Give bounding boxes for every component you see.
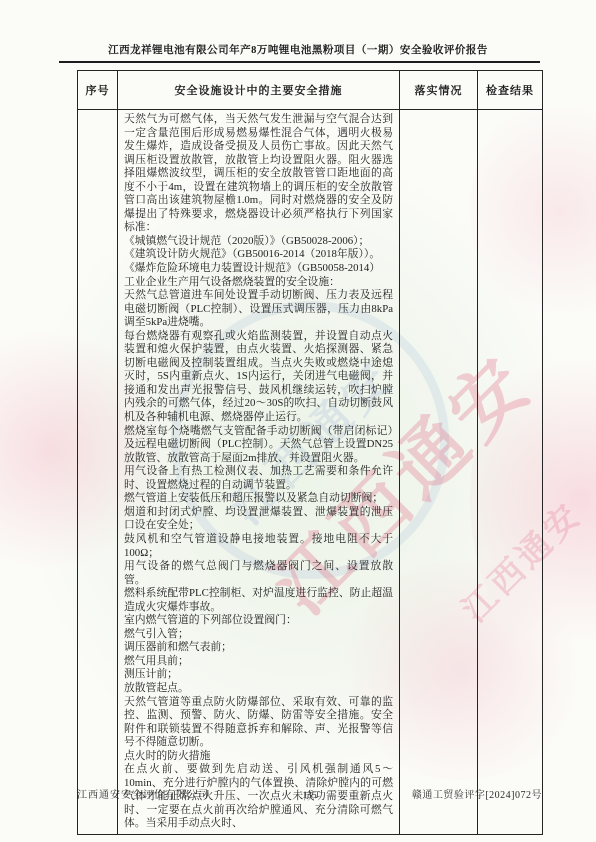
- column-header-seq: 序号: [78, 71, 118, 110]
- column-header-result: 检查结果: [478, 71, 543, 110]
- document-page: 江西通安 江西通安 江西通安 江西龙祥锂电池有限公司年产8万吨锂电池黑粉项目（一…: [0, 0, 596, 842]
- measure-paragraph: 燃气用具前；: [124, 655, 393, 669]
- measure-paragraph: 鼓风机和空气管道设静电接地装置。接地电阻不大于100Ω；: [124, 533, 393, 560]
- measure-paragraph: 烟道和封闭式炉膛、均设置泄爆装置、泄爆装置的泄压口设在安全处；: [124, 506, 393, 533]
- measure-paragraph: 每台燃烧器有观察孔或火焰监测装置，并设置自动点火装置和熄火保护装置，由点火装置、…: [124, 330, 393, 425]
- measure-paragraph: 用气设备的燃气总阀门与燃烧器阀门之间、设置放散管。: [124, 560, 393, 587]
- measure-paragraph: 用气设备上有热工检测仪表、加热工艺需要和条件允许时、设置燃烧过程的自动调节装置。: [124, 465, 393, 492]
- measure-paragraph: 《爆炸危险环境电力装置设计规范》（GB50058-2014）: [124, 262, 393, 276]
- status-cell: [400, 110, 478, 835]
- safety-measures-table: 序号 安全设施设计中的主要安全措施 落实情况 检查结果 天然气为可燃气体，当天然…: [77, 70, 543, 835]
- measure-paragraph: 调压器前和燃气表前；: [124, 641, 393, 655]
- measure-paragraph: 天然气总管道进车间处设置手动切断阀、压力表及远程电磁切断阀（PLC控制）、设置压…: [124, 289, 393, 330]
- measure-paragraph: 《建筑设计防火规范》（GB50016-2014（2018年版））。: [124, 248, 393, 262]
- measure-paragraph: 燃料系统配带PLC控制柜、对炉温度进行监控、防止超温造成火灾爆炸事故。: [124, 587, 393, 614]
- measure-paragraph: 燃气引入管；: [124, 628, 393, 642]
- measure-paragraph: 天然气管道等重点防火防爆部位、采取有效、可靠的监控、监测、预警、防火、防爆、防雷…: [124, 696, 393, 750]
- measure-paragraph: 室内燃气管道的下列部位设置阀门：: [124, 614, 393, 628]
- measure-paragraph: 燃烧室每个烧嘴燃气支管配备手动切断阀（带启闭标记）及远程电磁切断阀（PLC控制）…: [124, 425, 393, 466]
- footer-page-number: 135: [280, 791, 340, 801]
- measures-cell: 天然气为可燃气体，当天然气发生泄漏与空气混合达到一定含量范围后形成易燃易爆性混合…: [118, 110, 400, 835]
- measure-paragraph: 点火时的防火措施: [124, 750, 393, 764]
- measure-paragraph: 工业企业生产用气设备燃烧装置的安全设施：: [124, 276, 393, 290]
- measure-paragraph: 《城镇燃气设计规范（2020版）》（GB50028-2006）；: [124, 235, 393, 249]
- header-rule: [59, 61, 540, 63]
- table-row: 天然气为可燃气体，当天然气发生泄漏与空气混合达到一定含量范围后形成易燃易爆性混合…: [78, 110, 543, 835]
- seq-cell: [78, 110, 118, 835]
- page-footer: 江西通安安全评价有限公司 135 赣通工贸验评字[2024]072号: [77, 786, 542, 801]
- table-header-row: 序号 安全设施设计中的主要安全措施 落实情况 检查结果: [78, 71, 543, 110]
- measure-paragraph: 放散管起点。: [124, 682, 393, 696]
- measures-text: 天然气为可燃气体，当天然气发生泄漏与空气混合达到一定含量范围后形成易燃易爆性混合…: [118, 110, 399, 834]
- measure-paragraph: 测压计前；: [124, 668, 393, 682]
- measure-paragraph: 燃气管道上安装低压和超压报警以及紧急自动切断阀；: [124, 492, 393, 506]
- footer-company: 江西通安安全评价有限公司: [77, 786, 280, 801]
- running-head-title: 江西龙祥锂电池有限公司年产8万吨锂电池黑粉项目（一期）安全验收评价报告: [0, 42, 596, 57]
- column-header-status: 落实情况: [400, 71, 478, 110]
- measure-paragraph: 天然气为可燃气体，当天然气发生泄漏与空气混合达到一定含量范围后形成易燃易爆性混合…: [124, 113, 393, 235]
- column-header-measures: 安全设施设计中的主要安全措施: [118, 71, 400, 110]
- footer-doc-number: 赣通工贸验评字[2024]072号: [340, 786, 543, 801]
- result-cell: [478, 110, 543, 835]
